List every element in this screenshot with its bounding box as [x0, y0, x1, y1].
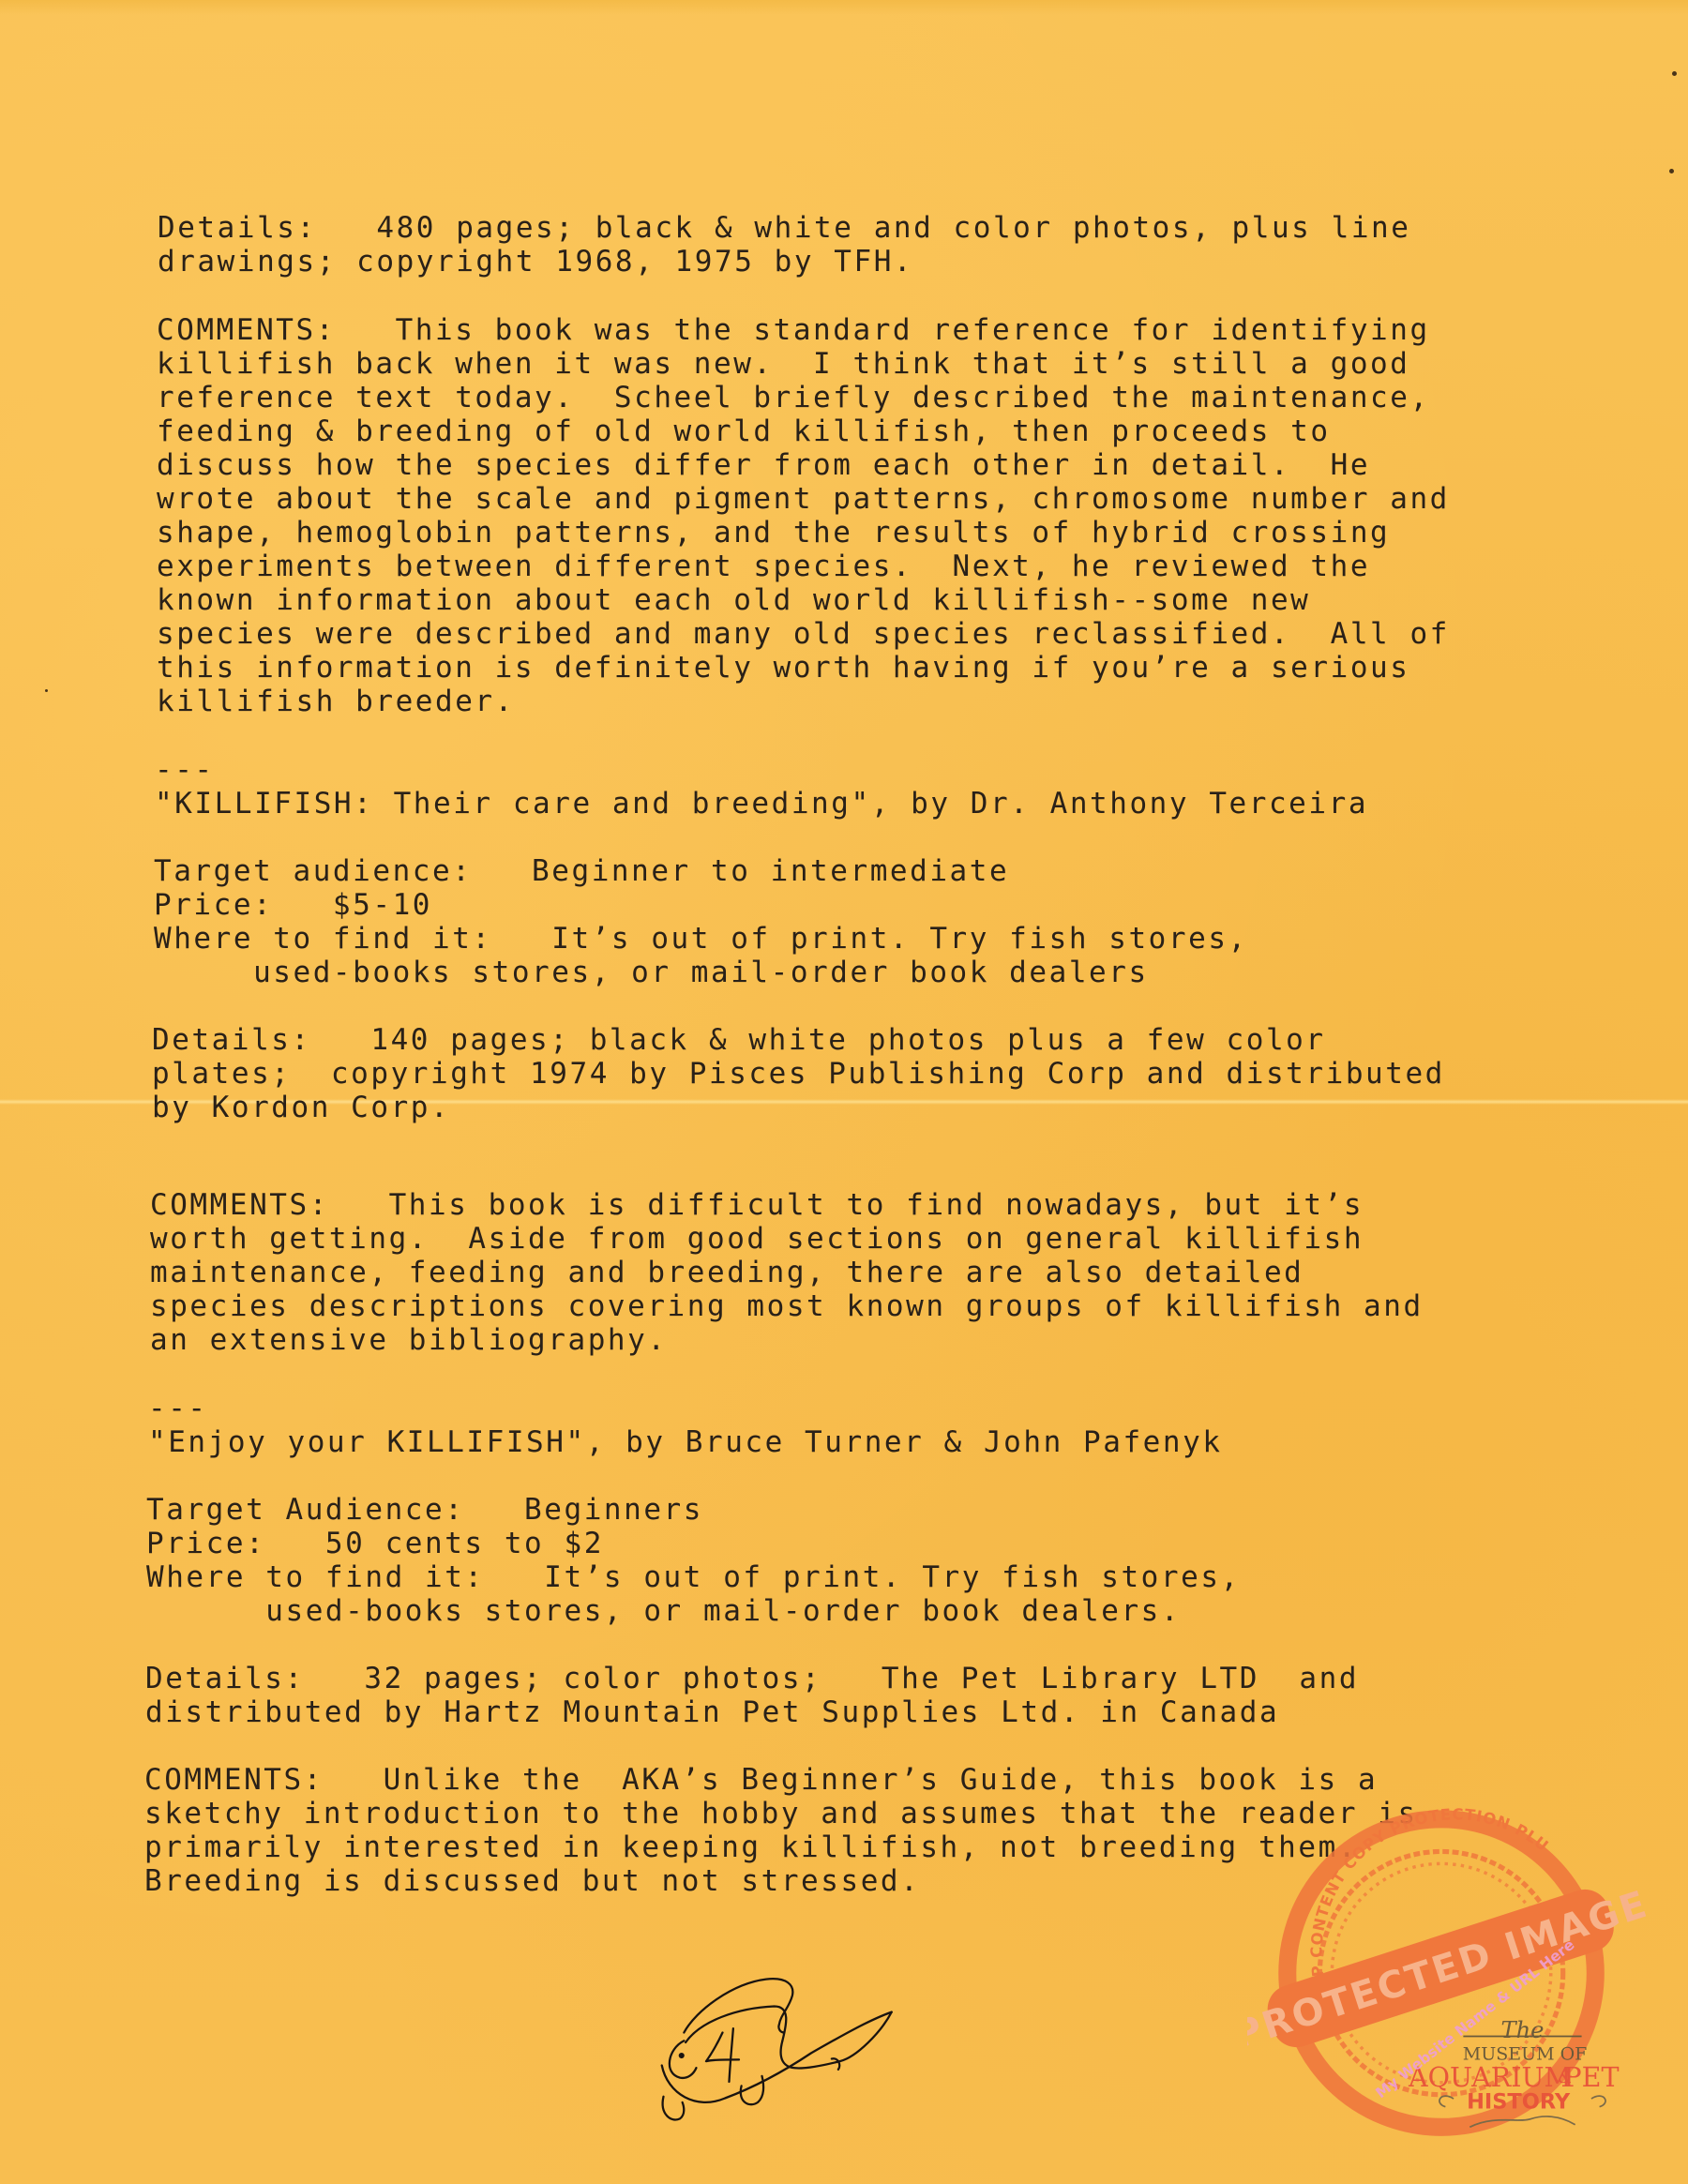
comments-line: species were described and many old spec…: [157, 617, 1450, 651]
comments-line: COMMENTS: Unlike the AKA’s Beginner’s Gu…: [144, 1763, 1378, 1797]
details-line: Details: 480 pages; black & white and co…: [158, 211, 1410, 245]
paper-speck: [1672, 71, 1677, 76]
section-separator: ---: [148, 1392, 208, 1425]
comments-line: wrote about the scale and pigment patter…: [157, 482, 1450, 516]
paper-top-edge: [0, 0, 1688, 15]
where-to-find: Where to find it: It’s out of print. Try…: [146, 1560, 1241, 1594]
watermark-stamp-text: PROTECTED IMAGE: [1247, 1882, 1653, 2056]
where-to-find: Where to find it: It’s out of print. Try…: [154, 922, 1248, 956]
comments-line: reference text today. Scheel briefly des…: [157, 381, 1430, 414]
logo-history: HISTORY: [1467, 2089, 1571, 2114]
comments-line: shape, hemoglobin patterns, and the resu…: [157, 516, 1390, 550]
logo-the: The: [1500, 2017, 1544, 2043]
comments-line: killifish back when it was new. I think …: [157, 347, 1409, 381]
comments-line: COMMENTS: This book was the standard ref…: [157, 313, 1430, 347]
logo-aquarium: AQUARIUM: [1408, 2062, 1572, 2093]
details-line: drawings; copyright 1968, 1975 by TFH.: [158, 245, 913, 279]
target-audience: Target Audience: Beginners: [146, 1493, 703, 1527]
book-title: "Enjoy your KILLIFISH", by Bruce Turner …: [148, 1425, 1223, 1459]
comments-line: known information about each old world k…: [157, 583, 1310, 617]
details-line: Details: 32 pages; color photos; The Pet…: [145, 1662, 1359, 1695]
watermark-site-text: My Website Name & URL Here: [1373, 1936, 1578, 2101]
comments-line: COMMENTS: This book is difficult to find…: [150, 1188, 1364, 1222]
comments-line: this information is definitely worth hav…: [157, 651, 1409, 685]
where-to-find: used-books stores, or mail-order book de…: [146, 1594, 1181, 1628]
details-line: by Kordon Corp.: [152, 1091, 450, 1124]
comments-line: maintenance, feeding and breeding, there…: [150, 1256, 1304, 1289]
price: Price: $5-10: [154, 888, 432, 922]
target-audience: Target audience: Beginner to intermediat…: [154, 854, 1009, 888]
comments-line: discuss how the species differ from each…: [157, 448, 1370, 482]
fish-eye-icon: [679, 2053, 685, 2058]
comments-line: feeding & breeding of old world killifis…: [157, 414, 1331, 448]
details-line: distributed by Hartz Mountain Pet Suppli…: [145, 1695, 1279, 1729]
logo-pet: PET: [1563, 2062, 1619, 2093]
logo-amp: &: [1559, 2069, 1573, 2087]
section-separator: ---: [155, 753, 215, 787]
details-line: Details: 140 pages; black & white photos…: [152, 1023, 1326, 1057]
logo-flourish-icon: [1439, 2096, 1605, 2127]
comments-line: sketchy introduction to the hobby and as…: [144, 1797, 1418, 1830]
fish-doodle-icon: [628, 1951, 928, 2147]
book-title: "KILLIFISH: Their care and breeding", by…: [155, 787, 1368, 821]
comments-line: killifish breeder.: [157, 685, 515, 718]
paper-speck: [45, 689, 48, 692]
price: Price: 50 cents to $2: [146, 1527, 604, 1560]
comments-line: an extensive bibliography.: [150, 1323, 668, 1357]
comments-line: Breeding is discussed but not stressed.: [144, 1864, 920, 1898]
where-to-find: used-books stores, or mail-order book de…: [154, 956, 1149, 989]
details-line: plates; copyright 1974 by Pisces Publish…: [152, 1057, 1445, 1091]
comments-line: experiments between different species. N…: [157, 550, 1370, 583]
comments-line: primarily interested in keeping killifis…: [144, 1830, 1358, 1864]
museum-logo: The MUSEUM OF AQUARIUM & PET HISTORY: [1408, 2017, 1619, 2127]
logo-line1: MUSEUM OF: [1463, 2044, 1588, 2065]
comments-line: worth getting. Aside from good sections …: [150, 1222, 1364, 1256]
comments-line: species descriptions covering most known…: [150, 1289, 1424, 1323]
paper-speck: [1669, 169, 1674, 173]
